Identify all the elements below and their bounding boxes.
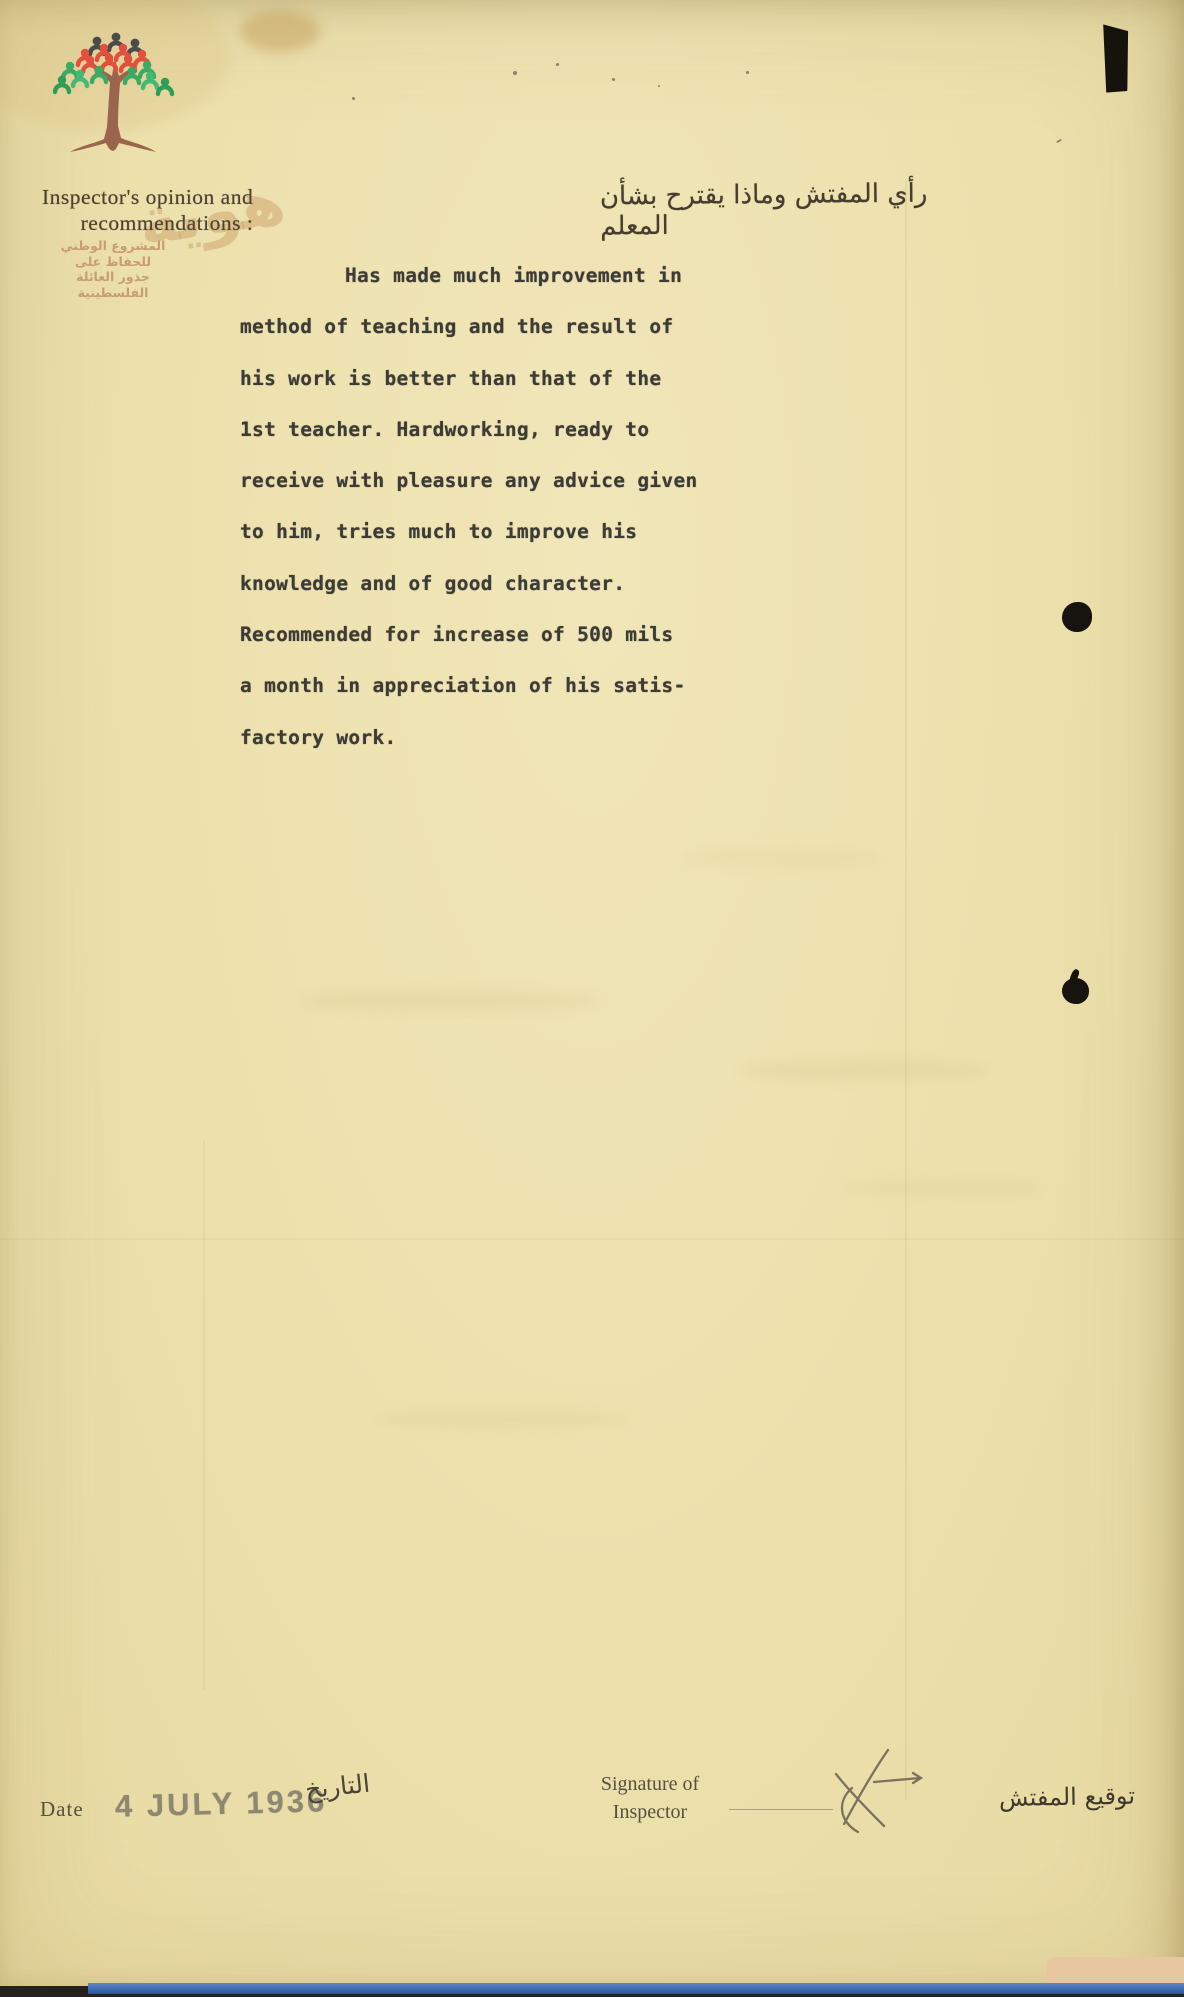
opinion-line: knowledge and of good character.	[240, 558, 720, 609]
signature-leader-line	[729, 1809, 833, 1810]
paper-stain	[300, 990, 600, 1012]
ink-speck	[352, 97, 355, 100]
paper-stain	[370, 1410, 630, 1428]
signature-label-english: Signature of Inspector	[560, 1770, 740, 1826]
date-stamp: 4 JULY 1936	[115, 1783, 328, 1825]
ink-speck	[658, 85, 660, 87]
ink-blot	[1062, 602, 1092, 632]
date-label-arabic: التاريخ	[304, 1769, 372, 1805]
paper-stain	[680, 850, 880, 866]
inspector-opinion-text: Has made much improvement in method of t…	[240, 250, 720, 763]
field-label-en-line1: Inspector's opinion and	[42, 184, 274, 210]
signature-label-line2: Inspector	[560, 1798, 740, 1826]
page-corner-fold	[1097, 24, 1131, 93]
watermark-line2: جذور العائلة الفلسطينية	[50, 269, 176, 300]
opinion-line: method of teaching and the result of	[240, 301, 720, 352]
ink-speck	[556, 63, 559, 66]
crease-line	[203, 1140, 205, 1690]
scan-blue-strip	[88, 1983, 1184, 1994]
scan-corner-patch	[1047, 1957, 1184, 1986]
paper-stain	[740, 1060, 990, 1080]
crease-line	[0, 1238, 1184, 1240]
opinion-line: Recommended for increase of 500 mils	[240, 609, 720, 660]
ink-blot	[1062, 978, 1089, 1004]
field-label-en-line2: recommendations :	[42, 210, 274, 236]
opinion-line: receive with pleasure any advice given	[240, 455, 720, 506]
archive-watermark-text: المشروع الوطني للحفاظ على جذور العائلة ا…	[50, 238, 176, 300]
ink-speck	[612, 78, 615, 81]
family-tree-logo-icon	[52, 32, 180, 164]
paper-stain	[240, 10, 320, 52]
inspector-signature	[828, 1740, 940, 1840]
ink-speck	[513, 71, 517, 75]
opinion-line: factory work.	[240, 712, 720, 763]
date-label-english: Date	[40, 1797, 84, 1822]
field-label-arabic: رأي المفتش وماذا يقترح بشأن المعلم	[600, 179, 937, 242]
crease-line	[905, 180, 907, 1800]
watermark-line1: المشروع الوطني للحفاظ على	[50, 238, 176, 269]
opinion-line: 1st teacher. Hardworking, ready to	[240, 404, 720, 455]
ink-speck	[1056, 139, 1062, 144]
paper-stain	[840, 1180, 1040, 1196]
signature-label-arabic: توقيع المفتش	[985, 1782, 1135, 1813]
signature-label-line1: Signature of	[560, 1770, 740, 1798]
ink-speck	[746, 71, 749, 74]
opinion-line: Has made much improvement in	[240, 250, 720, 301]
opinion-line: a month in appreciation of his satis-	[240, 660, 720, 711]
scanned-document-page: هوية المشروع الوطني للحفاظ على جذور العا…	[0, 0, 1184, 1997]
opinion-line: his work is better than that of the	[240, 353, 720, 404]
field-label-english: Inspector's opinion and recommendations …	[42, 184, 274, 236]
opinion-line: to him, tries much to improve his	[240, 506, 720, 557]
